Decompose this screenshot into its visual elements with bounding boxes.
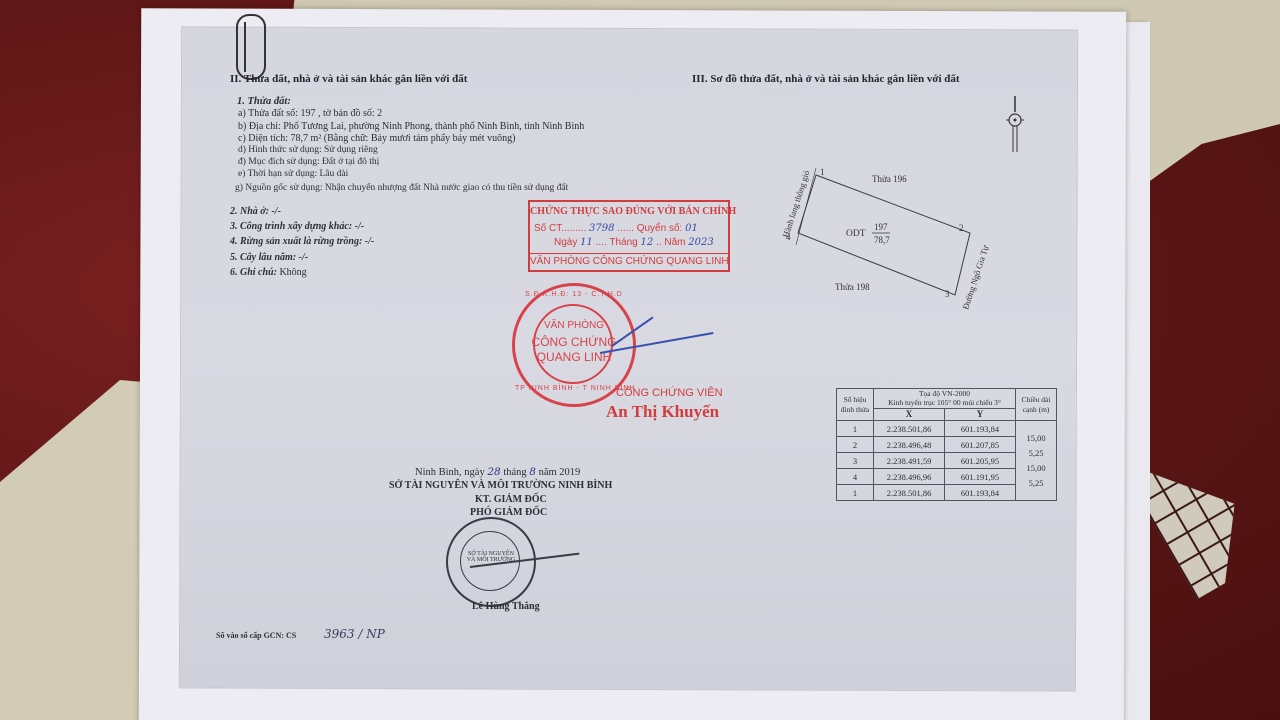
- nam-label: Năm: [664, 237, 685, 248]
- vertex-2-label: 2: [959, 223, 964, 233]
- note-value: Không: [279, 267, 306, 278]
- coord-cell-y: 601.207,85: [945, 437, 1016, 453]
- land-use-code: ODT: [846, 229, 866, 239]
- quyen-so-value: 01: [685, 223, 698, 234]
- header-coord-system: Tọa độ VN-2000 Kinh tuyến trục 105° 00 m…: [874, 389, 1016, 409]
- ngay-value: 11: [580, 237, 593, 248]
- table-row: 12.238.501,86601.193,8415,005,2515,005,2…: [837, 421, 1057, 437]
- neighbor-north-label: Thửa 196: [872, 174, 907, 184]
- coord-cell-x: 2.238.491,59: [874, 453, 945, 469]
- parcel-number: 197: [874, 222, 888, 232]
- coordinate-table: Số hiệu đỉnh thửa Tọa độ VN-2000 Kinh tu…: [836, 388, 1057, 501]
- coord-cell-y: 601.193,84: [945, 421, 1016, 437]
- notary-name: An Thị Khuyến: [606, 402, 719, 422]
- ngay-label: Ngày: [554, 237, 577, 248]
- year-label: năm 2019: [539, 467, 581, 478]
- header-length: Chiều dài cạnh (m): [1016, 389, 1057, 421]
- parcel-line-d: d) Hình thức sử dụng: Sử dụng riêng: [238, 146, 378, 156]
- place-date-label: Ninh Bình, ngày: [415, 467, 485, 478]
- parcel-line-g: g) Nguồn gốc sử dụng: Nhận chuyển nhượng…: [235, 184, 568, 194]
- north-arrow-icon: [1004, 96, 1026, 156]
- coord-cell-y: 601.191,95: [945, 469, 1016, 485]
- registry-value: 3963 / NP: [324, 628, 385, 640]
- thang-value: 12: [641, 237, 654, 248]
- vertex-1-label: 1: [820, 167, 825, 177]
- parcel-heading: 1. Thửa đất:: [237, 97, 291, 108]
- notary-title: CÔNG CHỨNG VIÊN: [616, 387, 723, 399]
- so-ct-label: Số CT.........: [534, 223, 586, 234]
- thang-label: Tháng: [609, 237, 637, 248]
- item-other-construction: 3. Công trình xây dựng khác: -/-: [230, 222, 364, 232]
- coord-cell-y: 601.193,84: [945, 485, 1016, 501]
- signing-date: Ninh Bình, ngày 28 tháng 8 năm 2019: [415, 467, 580, 479]
- signer-name: Lê Hùng Thắng: [472, 602, 540, 612]
- note-label: 6. Ghi chú:: [230, 267, 279, 278]
- seal-line-1: VĂN PHÒNG: [515, 320, 633, 331]
- parcel-line-c: c) Diện tích: 78,7 m² (Bằng chữ: Bảy mươ…: [238, 134, 515, 144]
- paperclip-icon: [236, 14, 266, 80]
- coord-cell-id: 4: [837, 469, 874, 485]
- neighbor-south-label: Thửa 198: [835, 282, 870, 292]
- header-coord-title: Tọa độ VN-2000: [919, 389, 970, 398]
- coord-cell-y: 601.205,95: [945, 453, 1016, 469]
- coord-cell-id: 1: [837, 421, 874, 437]
- edge-length: 15,00: [1019, 433, 1053, 448]
- quyen-so-label: Quyển số:: [637, 223, 683, 234]
- coord-cell-x: 2.238.501,86: [874, 421, 945, 437]
- coord-cell-id: 2: [837, 437, 874, 453]
- signing-month: 8: [529, 466, 536, 478]
- stamp-certificate-number: Số CT......... 3798 ...... Quyển số: 01: [530, 223, 732, 234]
- stamp-office: VĂN PHÒNG CÔNG CHỨNG QUANG LINH: [530, 253, 728, 267]
- vertex-3-label: 3: [945, 289, 950, 299]
- header-y: Y: [945, 408, 1016, 420]
- registry-label: Số vào sổ cấp GCN: CS: [216, 632, 296, 640]
- parcel-diagram: 1 2 3 4 Thửa 196 Thửa 198 ODT 197 78,7 H…: [760, 150, 1000, 310]
- month-label: tháng: [503, 467, 526, 478]
- parcel-line-a: a) Thửa đất số: 197 , tờ bản đồ số: 2: [238, 109, 382, 119]
- header-coord-sub: Kinh tuyến trục 105° 00 múi chiếu 3°: [888, 398, 1001, 407]
- certified-copy-stamp: CHỨNG THỰC SAO ĐÚNG VỚI BẢN CHÍNH Số CT.…: [528, 200, 730, 272]
- signing-day: 28: [487, 466, 500, 478]
- seal-ring-top: S.Đ.K.H.Đ: 13 - C.T.H.D: [515, 291, 633, 298]
- coord-cell-id: 1: [837, 485, 874, 501]
- item-note: 6. Ghi chú: Không: [230, 268, 307, 278]
- item-house: 2. Nhà ở: -/-: [230, 207, 281, 217]
- so-ct-value: 3798: [589, 223, 614, 234]
- section-ii-title: II. Thửa đất, nhà ở và tài sản khác gắn …: [230, 74, 467, 85]
- parcel-line-e: e) Thời hạn sử dụng: Lâu dài: [238, 170, 348, 180]
- department-seal: SỞ TÀI NGUYÊN VÀ MÔI TRƯỜNG: [446, 517, 536, 607]
- stamp-date: Ngày 11 .... Tháng 12 .. Năm 2023: [530, 237, 752, 248]
- coord-cell-id: 3: [837, 453, 874, 469]
- section-iii-title: III. Sơ đồ thửa đất, nhà ở và tài sản kh…: [692, 74, 960, 85]
- header-x: X: [874, 408, 945, 420]
- role-deputy-for-director: KT. GIÁM ĐỐC: [475, 495, 547, 505]
- parcel-line-b: b) Địa chỉ: Phố Tương Lai, phường Ninh P…: [238, 122, 584, 132]
- edge-length: 15,00: [1019, 463, 1053, 478]
- header-vertex: Số hiệu đỉnh thửa: [837, 389, 874, 421]
- parcel-area: 78,7: [874, 235, 890, 245]
- item-planted-forest: 4. Rừng sản xuất là rừng trồng: -/-: [230, 237, 374, 247]
- coord-cell-x: 2.238.496,48: [874, 437, 945, 453]
- agency-name: SỞ TÀI NGUYÊN VÀ MÔI TRƯỜNG NINH BÌNH: [389, 481, 612, 491]
- edge-lengths-cell: 15,005,2515,005,25: [1016, 421, 1057, 501]
- parcel-line-dd: đ) Mục đích sử dụng: Đất ở tại đô thị: [238, 158, 379, 168]
- edge-length: 5,25: [1019, 448, 1053, 463]
- coord-cell-x: 2.238.501,86: [874, 485, 945, 501]
- seal-line-3: QUANG LINH: [515, 350, 633, 364]
- role-vice-director: PHÓ GIÁM ĐỐC: [470, 508, 547, 518]
- coord-cell-x: 2.238.496,96: [874, 469, 945, 485]
- item-perennial-trees: 5. Cây lâu năm: -/-: [230, 253, 308, 263]
- edge-length: 5,25: [1019, 478, 1053, 493]
- nam-value: 2023: [688, 237, 713, 248]
- stamp-title: CHỨNG THỰC SAO ĐÚNG VỚI BẢN CHÍNH: [530, 206, 728, 217]
